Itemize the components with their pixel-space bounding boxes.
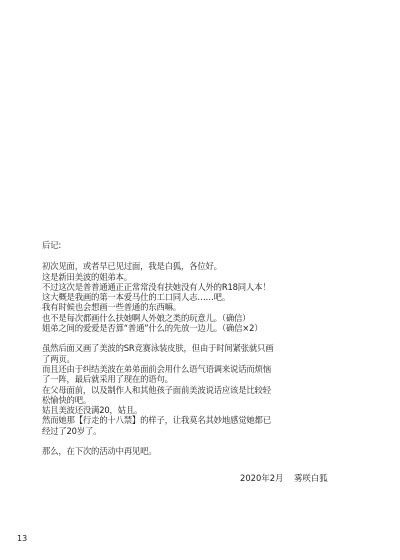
signature: 2020年2月 雾咲白狐 <box>240 472 336 484</box>
paragraph-closing: 那么，在下次的活动中再见吧。 <box>42 446 387 456</box>
text-line: 在父母面前，以及制作人和其他孩子面前美波说话应该是比较轻 <box>42 385 387 395</box>
text-line: 然而她那【行走的十八禁】的样子，让我莫名其妙地感觉她都已 <box>42 415 387 425</box>
paragraph-details: 虽然后面又画了美波的SR竞赛泳装皮肤，但由于时间紧张就只画 了两页。 而且还由于… <box>42 343 387 436</box>
text-line: 我有时候也会想画一些普通的东西嘛。 <box>42 302 387 312</box>
signature-date: 2020年2月 <box>240 473 283 483</box>
text-line: 松愉快的吧。 <box>42 395 387 405</box>
text-line: 而且还由于纠结美波在弟弟面前会用什么语气语调来说话而烦恼 <box>42 364 387 374</box>
text-line: 姑且美波还没满20，姑且。 <box>42 405 387 415</box>
signature-author: 雾咲白狐 <box>294 473 328 483</box>
text-line: 姐弟之间的爱爱是否算“普通”什么的先放一边儿。（确信×2） <box>42 323 387 333</box>
text-line: 经过了20岁了。 <box>42 426 387 436</box>
text-line: 那么，在下次的活动中再见吧。 <box>42 446 387 456</box>
text-line: 这大概是我画的第一本爱马仕的工口同人志……吧。 <box>42 292 387 302</box>
afterword-heading: 后记: <box>42 240 387 250</box>
text-line: 这是新田美波的姐弟本。 <box>42 272 387 282</box>
document-page: 后记: 初次见面，或者早已见过面，我是白狐，各位好。 这是新田美波的姐弟本。 不… <box>0 0 400 560</box>
text-line: 不过这次是普普通通正正常常没有扶她没有人外的R18同人本！ <box>42 282 387 292</box>
text-line: 初次见面，或者早已见过面，我是白狐，各位好。 <box>42 261 387 271</box>
afterword-section: 后记: 初次见面，或者早已见过面，我是白狐，各位好。 这是新田美波的姐弟本。 不… <box>42 240 387 466</box>
page-number: 13 <box>17 534 27 543</box>
text-line: 虽然后面又画了美波的SR竞赛泳装皮肤，但由于时间紧张就只画 <box>42 343 387 353</box>
text-line: 了两页。 <box>42 354 387 364</box>
paragraph-intro: 初次见面，或者早已见过面，我是白狐，各位好。 这是新田美波的姐弟本。 不过这次是… <box>42 261 387 333</box>
text-line: 也不是每次都画什么扶她啊人外娘之类的玩意儿。（确信） <box>42 313 387 323</box>
text-line: 了一阵，最后就采用了现在的语句。 <box>42 374 387 384</box>
